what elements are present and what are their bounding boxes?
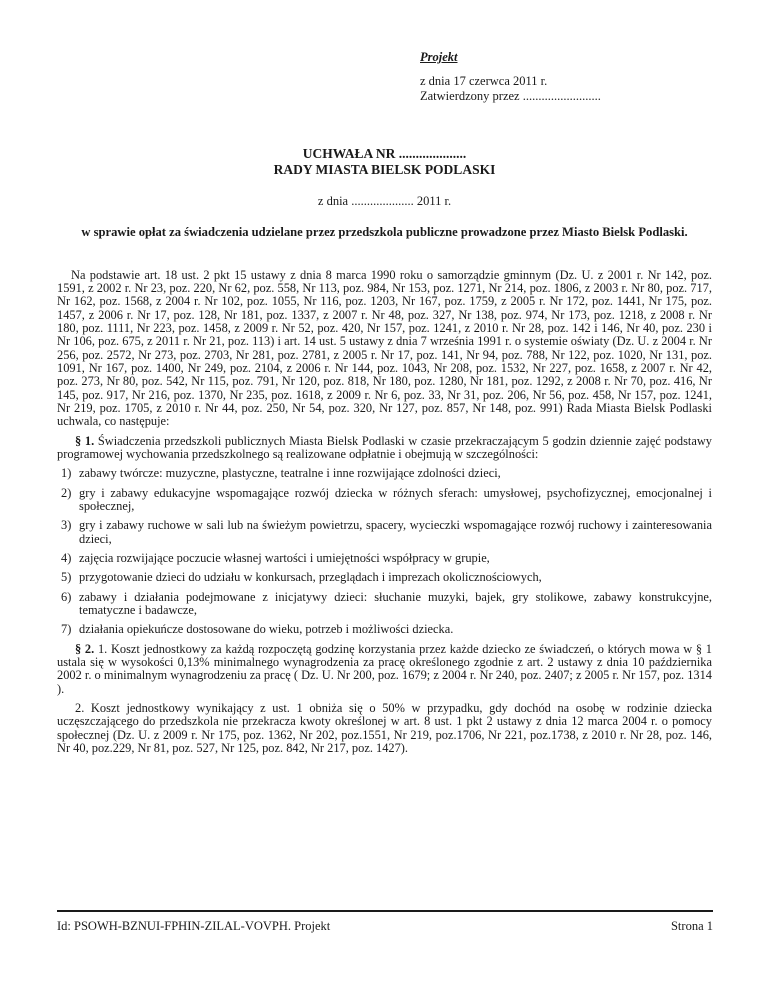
paragraph-1-list: 1) zabawy twórcze: muzyczne, plastyczne,… — [57, 467, 712, 636]
council-name-title: RADY MIASTA BIELSK PODLASKI — [57, 162, 712, 178]
header-date: z dnia 17 czerwca 2011 r. — [420, 74, 712, 89]
list-item-text: gry i zabawy ruchowe w sali lub na śwież… — [79, 519, 712, 546]
title-block: UCHWAŁA NR .................... RADY MIA… — [57, 146, 712, 241]
resolution-date: z dnia .................... 2011 r. — [57, 194, 712, 209]
list-item-text: zabawy twórcze: muzyczne, plastyczne, te… — [79, 467, 712, 480]
list-item: 3) gry i zabawy ruchowe w sali lub na św… — [61, 519, 712, 546]
list-item-text: zabawy i działania podejmowane z inicjat… — [79, 591, 712, 618]
list-item-number: 4) — [61, 552, 79, 565]
legal-preamble: Na podstawie art. 18 ust. 2 pkt 15 ustaw… — [57, 269, 712, 429]
document-header: Projekt z dnia 17 czerwca 2011 r. Zatwie… — [420, 50, 712, 104]
paragraph-2-section-1-text: 1. Koszt jednostkowy za każdą rozpoczętą… — [57, 642, 712, 696]
paragraph-2-section-2: 2. Koszt jednostkowy wynikający z ust. 1… — [57, 702, 712, 755]
document-id: Id: PSOWH-BZNUI-FPHIN-ZILAL-VOVPH. Proje… — [57, 919, 330, 934]
list-item-number: 2) — [61, 487, 79, 514]
paragraph-2-marker: § 2. — [75, 642, 94, 656]
resolution-number-title: UCHWAŁA NR .................... — [57, 146, 712, 162]
paragraph-2-section-1: § 2. 1. Koszt jednostkowy za każdą rozpo… — [57, 643, 712, 696]
page-number: Strona 1 — [671, 919, 713, 934]
list-item-number: 3) — [61, 519, 79, 546]
projekt-label: Projekt — [420, 50, 712, 65]
list-item-number: 1) — [61, 467, 79, 480]
document-body: Na podstawie art. 18 ust. 2 pkt 15 ustaw… — [57, 269, 712, 756]
list-item: 2) gry i zabawy edukacyjne wspomagające … — [61, 487, 712, 514]
list-item-number: 5) — [61, 571, 79, 584]
paragraph-1-marker: § 1. — [75, 434, 94, 448]
list-item: 1) zabawy twórcze: muzyczne, plastyczne,… — [61, 467, 712, 480]
list-item: 7) działania opiekuńcze dostosowane do w… — [61, 623, 712, 636]
list-item: 5) przygotowanie dzieci do udziału w kon… — [61, 571, 712, 584]
list-item-text: gry i zabawy edukacyjne wspomagające roz… — [79, 487, 712, 514]
paragraph-1-text: Świadczenia przedszkoli publicznych Mias… — [57, 434, 712, 461]
document-page: Projekt z dnia 17 czerwca 2011 r. Zatwie… — [0, 0, 768, 994]
list-item-number: 7) — [61, 623, 79, 636]
paragraph-1: § 1. Świadczenia przedszkoli publicznych… — [57, 435, 712, 462]
list-item: 6) zabawy i działania podejmowane z inic… — [61, 591, 712, 618]
list-item-number: 6) — [61, 591, 79, 618]
header-approved-by: Zatwierdzony przez .....................… — [420, 89, 712, 104]
list-item-text: przygotowanie dzieci do udziału w konkur… — [79, 571, 712, 584]
list-item-text: działania opiekuńcze dostosowane do wiek… — [79, 623, 712, 636]
resolution-subject: w sprawie opłat za świadczenia udzielane… — [57, 225, 712, 241]
list-item: 4) zajęcia rozwijające poczucie własnej … — [61, 552, 712, 565]
page-footer: Id: PSOWH-BZNUI-FPHIN-ZILAL-VOVPH. Proje… — [57, 910, 713, 934]
list-item-text: zajęcia rozwijające poczucie własnej war… — [79, 552, 712, 565]
